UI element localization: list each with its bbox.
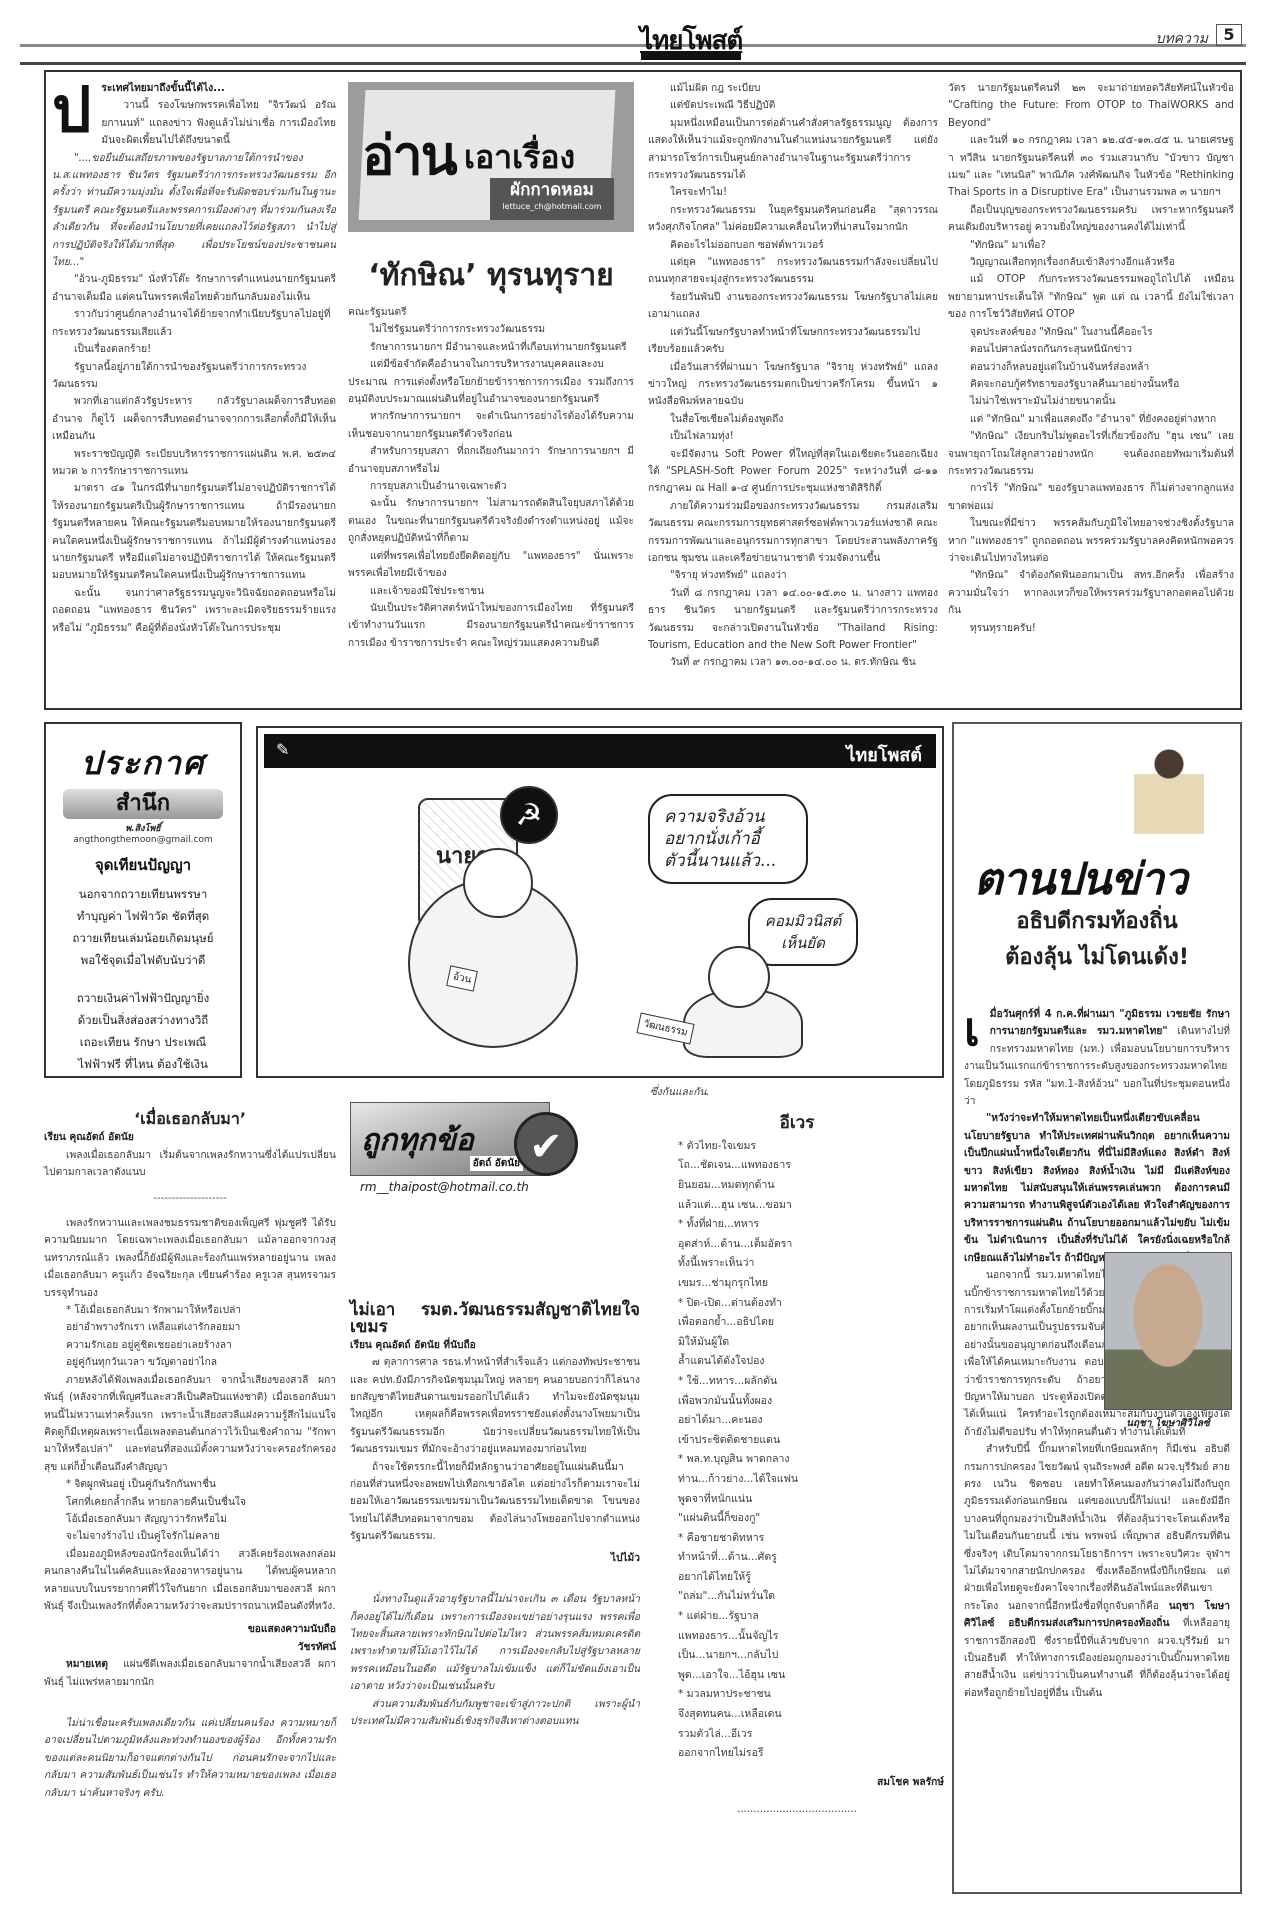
letter1-signature: วัชรทัศน์ [44,1639,336,1656]
banner-author: ผักกาดหอม [490,178,614,202]
poem-line: * ทั้งที่ฝ่าย...ทหาร [678,1215,944,1235]
poem-line: "ถล่ม"...กันไม่หวั่นใด [678,1587,944,1607]
cartoon-header-bar: ✎ ไทยโพสต์ [264,734,936,768]
editorial-cartoon: ✎ ไทยโพสต์ นายก ☭ อ้วน ความจริงอ้วน อยาก… [256,726,944,1078]
poem-line: เขมร...ช่ามุกรุกไทย [678,1274,944,1294]
paragraph: จุดประสงค์ของ "ทักษิณ" ในงานนี้คืออะไร [948,324,1234,341]
poem-line: พอใช้จุดเมื่อไฟดับนับว่าดี [46,949,240,971]
poem2-title: อีเวร [650,1115,944,1132]
poem-line: * คือชายชาติทหาร [678,1529,944,1549]
poem-line: รวมตัวไล่...อีเวร [678,1725,944,1745]
paragraph: "จิรายุ ห่วงทรัพย์" แถลงว่า [648,567,938,584]
poem-line: แล้วแต่...ฮุน เซน...ขอมา [678,1196,944,1216]
paragraph: ถือเป็นบุญของกระทรวงวัฒนธรรมครับ เพราะหา… [948,202,1234,237]
paragraph: รักษาการนายกฯ มีอำนาจและหน้าที่เกือบเท่า… [348,339,634,356]
poem-line: อย่าได้มา...คะนอง [678,1411,944,1431]
paragraph: เป็นเรื่องตลกร้าย! [52,341,336,358]
letter1-greeting: เรียน คุณอัตถ์ อัตนัย [44,1129,336,1146]
paragraph: เมื่อวันเสาร์ที่ผ่านมา โฆษกรัฐบาล "จิราย… [648,359,938,411]
paragraph: คิดจะกอบกู้ศรัทธาของรัฐบาลคืนมาอย่างนั้น… [948,376,1234,393]
letter1-title: ‘เมื่อเธอกลับมา’ [44,1110,336,1127]
news-dropcap: เ [964,1008,980,1050]
poem-title: จุดเทียนปัญญา [46,853,240,877]
paragraph: ไม่ใช่รัฐมนตรีว่าการกระทรวงวัฒนธรรม [348,321,634,338]
paragraph: แต่ขัดประเพณี วิธีปฏิบัติ [648,97,938,114]
paragraph: ราวกับว่าศูนย์กลางอำนาจได้ย้ายจากทำเนียบ… [52,306,336,341]
paragraph: คิดอะไรไม่ออกบอก ซอฟต์พาวเวอร์ [648,237,938,254]
poem-line: โถ...ชัดเจน...แพทองธาร [678,1156,944,1176]
paragraph: นับเป็นประวัติศาสตร์หน้าใหม่ของการเมืองไ… [348,600,634,652]
official-portrait-photo [1104,1252,1232,1410]
cartoon-figure-woman [708,946,770,1008]
banner-title-small: เอาเรื่อง [464,132,575,183]
poem2-author: สมโชค พลรักษ์ [650,1774,944,1791]
poem-line: ท่าน...ก้าวย่าง...ได้ใจแฟน [678,1470,944,1490]
paragraph: ทุรนทุรายครับ! [948,620,1234,637]
column-banner: อ่าน เอาเรื่อง ผักกาดหอม lettuce_ch@hotm… [348,82,634,232]
lead-line: ระเทศไทยมาถึงขั้นนี้ได้ไง... [52,80,336,97]
paragraph: และเจ้าของมิใช่ประชาชน [348,583,634,600]
song-verse-line: โอ้เมื่อเธอกลับมา สัญญาว่ารักหรือไม่ [44,1511,336,1528]
poem-line: ถวายเงินค่าไฟฟ้าปัญญายิ่ง [46,987,240,1009]
paragraph: แต่ที่พรรคเพื่อไทยยังยึดติดอยู่กับ "แพทอ… [348,548,634,583]
news-body-2: สำหรับปีนี้ บิ๊กมหาดไทยที่เกษียณหลักๆ ก็… [964,1441,1230,1702]
paragraph: การยุบสภาเป็นอำนาจเฉพาะตัว [348,478,634,495]
paragraph: มาตรา ๔๑ ในกรณีที่นายกรัฐมนตรีไม่อาจปฏิบ… [52,480,336,584]
poem-line: เป็น...นายกฯ...กลับไป [678,1646,944,1666]
paragraph: ตอนว่างก็หลบอยู่แต่ในบ้านจันทร์ส่องหล้า [948,359,1234,376]
poem-line: * ตัวไทย-ใจเขมร [678,1137,944,1157]
poem-line: เพื่อตอกย้ำ...อธิปไตย [678,1313,944,1333]
paragraph: วันที่ ๙ กรกฎาคม เวลา ๑๓.๐๐-๑๔.๐๐ น. ดร.… [648,654,938,671]
letter1-body2: ภายหลังได้ฟังเพลงเมื่อเธอกลับมา จากน้ำเส… [44,1372,336,1476]
poem2-divider: ..................................... [650,1801,944,1818]
poem-line: ถวายเทียนเล่มน้อยเกิดมนุษย์ [46,927,240,949]
poem-line: ทำหน้าที่...ด้าน...ศัตรู [678,1548,944,1568]
paragraph: ไม่น่าใช่เพราะมันไม่ง่ายขนาดนั้น [948,393,1234,410]
mailbox-logo-author: อัตถ์ อัตนัย [470,1156,523,1171]
photo-caption: นฤชา โฆษาศิวิไลซ์ [1104,1416,1232,1431]
paragraph: หากรักษาการนายกฯ จะดำเนินการอย่างไรต้องไ… [348,408,634,443]
mailbox-logo-title: ถูกทุกข้อ [361,1117,474,1164]
letter1-divider: -------------------- [44,1190,336,1207]
main-column-col4: วัตร นายกรัฐมนตรีคนที่ ๒๓ จะมาถ่ายทอดวิส… [948,80,1234,637]
paragraph: เป็นไฟลามทุ่ง! [648,428,938,445]
thought-bubble: คอมมิวนิสต์ เห็นยัด [748,898,858,966]
letter2-greeting: เรียน คุณอัตถ์ อัตนัย ที่นับถือ [350,1337,640,1354]
paragraph: วานนี้ รองโฆษกพรรคเพื่อไทย "จิรวัฒน์ อรั… [52,97,336,149]
song-verse-line: ความรักเอย อยู่คู่ชิดเชยอย่าเลยร้างลา [44,1337,336,1354]
paragraph: วันที่ ๘ กรกฎาคม เวลา ๑๔.๐๐-๑๕.๓๐ น. นาง… [648,585,938,655]
poem-line: * แต่ฝ่าย...รัฐบาล [678,1607,944,1627]
paragraph: ในขณะที่มีข่าว พรรคส้มกับภูมิใจไทยอาจช่ว… [948,515,1234,567]
main-column-col2: คณะรัฐมนตรีไม่ใช่รัฐมนตรีว่าการกระทรวงวั… [348,304,634,652]
letter2-reply2: ส่วนความสัมพันธ์กับกัมพูชาจะเข้าสู่ภาวะป… [350,1696,640,1731]
paragraph: "ทักษิณ" มาเพื่อ? [948,237,1234,254]
poem-line: ด้วยเป็นสิ่งส่องสว่างทางวิถี [46,1009,240,1031]
mailbox-col2: ไม่เอา รมต.วัฒนธรรมสัญชาติไทยใจเขมร เรีย… [350,1222,640,1730]
paragraph: แม้ OTOP กับกระทรวงวัฒนธรรมพอถูไถไปได้ เ… [948,271,1234,323]
letter1-body1: เพลงรักหวานและเพลงชมธรรมชาติของเพ็ญศรี พ… [44,1215,336,1302]
poem-logo-top: ประกาศ [46,738,240,789]
dropcap: ป [52,82,91,138]
paragraph: "ทักษิณ" จำต้องกัดฟันออกมาเป็น สทร.อีกคร… [948,567,1234,619]
poem-line: อุตส่าห์...ต้าน...เต็มอัตรา [678,1235,944,1255]
paragraph: ร้อยวันพันปี งานของกระทรวงวัฒนธรรม โฆษกร… [648,289,938,324]
paragraph: ฉะนั้น จนกว่าศาลรัฐธรรมนูญจะวินิจฉัยถอดถ… [52,585,336,637]
song-verse-line: อย่าอำพรางรักเรา เหลือแต่เงารักลอยมา [44,1319,336,1336]
letter1-body3: เมื่อมองภูมิหลังของนักร้องเห็นได้ว่า สวล… [44,1546,336,1616]
paragraph: รัฐบาลนี้อยู่ภายใต้การนำของรัฐมนตรีว่ากา… [52,359,336,394]
cartoon-brand: ไทยโพสต์ [846,740,922,769]
song-verse-line: * โอ้เมื่อเธอกลับมา รักพามาให้หรือเปล่า [44,1302,336,1319]
poem-line: ออกจากไทยไม่รอรี [678,1744,944,1764]
main-column-col3: แม้ไม่ผิด กฎ ระเบียบแต่ขัดประเพณี วิธีปฏ… [648,80,938,672]
page-number: 5 [1216,24,1242,46]
letter1-reply: ไม่น่าเชื่อนะครับเพลงเดียวกัน แค่เปลี่ยน… [44,1715,336,1802]
letter2-reply-end: ซึ่งกันและกัน. [650,1084,944,1101]
paragraph: "อ้วน-ภูมิธรรม" นั่งหัวโต๊ะ รักษาการตำแห… [52,271,336,306]
poem-line: จึงสุดทนคน...เหลือเดน [678,1705,944,1725]
paragraph: พวกที่เอาแต่กลัวรัฐประหาร กลัวรัฐบาลเผด็… [52,393,336,445]
news-headline: อธิบดีกรมท้องถิ่น ต้องลุ้น ไม่โดนเด้ง! [962,904,1232,976]
poem-line: ล้ำแดนได้ดังใจปอง [678,1352,944,1372]
poem-line: * ปิด-เปิด...ด่านต้องทำ [678,1294,944,1314]
letter1-intro: เพลงเมื่อเธอกลับมา เริ่มต้นจากเพลงรักหวา… [44,1147,336,1182]
paragraph: ใครจะทำไม! [648,184,938,201]
mailbox-email: rm__thaipost@hotmail.co.th [360,1180,529,1194]
poem-line: ทั้งนี้เพราะเห็นว่า [678,1254,944,1274]
checkmark-icon: ✔ [514,1112,578,1176]
paragraph: แต่ "ทักษิณ" มาเพื่อแสดงถึง "อำนาจ" ที่ย… [948,411,1234,428]
paragraph: พระราชบัญญัติ ระเบียบบริหารราชการแผ่นดิน… [52,446,336,481]
paragraph: วัตร นายกรัฐมนตรีคนที่ ๒๓ จะมาถ่ายทอดวิส… [948,80,1234,132]
paragraph: "....ขอยืนยันเสถียรภาพของรัฐบาลภายใต้การ… [52,150,336,272]
letter1-note: หมายเหตุ แผ่นซีดีเพลงเมื่อเธอกลับมาจากน้… [44,1656,336,1691]
cartoon-figure-head [463,848,533,918]
paragraph: มุมหนึ่งเหมือนเป็นการต่อต้านคำสั่งศาลรัฐ… [648,115,938,185]
reader-illustration [1134,734,1204,834]
poem-line: ยินยอม...หมดทุกด้าน [678,1176,944,1196]
masthead-rule [20,44,1246,47]
hammer-sickle-icon: ☭ [500,786,558,844]
poem-line: * มวลมหาประชาชน [678,1685,944,1705]
poem-line: นอกจากถวายเทียนพรรษา [46,883,240,905]
banner-title-big: อ่าน [362,112,456,198]
article-headline: ‘ทักษิณ’ ทุรนทุราย [348,252,634,299]
paragraph: แต่วันนี้โฆษกรัฐบาลทำหน้าที่โฆษกกระทรวงว… [648,324,938,359]
mailbox-col1: ‘เมื่อเธอกลับมา’ เรียน คุณอัตถ์ อัตนัย เ… [44,1110,336,1802]
paragraph: ภายใต้ความร่วมมือของกระทรวงวัฒนธรรม กรมส… [648,498,938,568]
paragraph: ฉะนั้น รักษาการนายกฯ ไม่สามารถตัดสินใจยุ… [348,495,634,547]
main-column-col1: ป ระเทศไทยมาถึงขั้นนี้ได้ไง... วานนี้ รอ… [52,80,336,637]
poem-line: * ใช้...ทหาร...ผลักดัน [678,1372,944,1392]
poem-logo-scroll: สำนึก [63,789,223,819]
paragraph: "ทักษิณ" เงียบกริบไม่พูดอะไรที่เกี่ยวข้อ… [948,428,1234,480]
poem-line: แพทองธาร...นั้นจัญไร [678,1627,944,1647]
banner-author-tag: ผักกาดหอม lettuce_ch@hotmail.com [490,178,614,220]
paragraph: การไร้ "ทักษิณ" ของรัฐบาลแพทองธาร ก็ไม่ต… [948,480,1234,515]
letter2-reply1: นั่งทางในดูแล้วอายุรัฐบาลนี้ไม่น่าจะเกิน… [350,1591,640,1695]
letter2-body1: ๗ ตุลาการศาล รธน.ทำหน้าที่สำเร็จแล้ว แต่… [350,1354,640,1458]
paragraph: ในสื่อโซเชียลไม่ต้องพูดถึง [648,411,938,428]
poem-author: พ.สิงโพธิ์ [46,821,240,835]
letter2-title: ไม่เอา รมต.วัฒนธรรมสัญชาติไทยใจเขมร [350,1302,640,1337]
poem-line: "แผ่นดินนี้ก็ของกู" [678,1509,944,1529]
song-verse-line: * จิตผูกพันอยู่ เป็นคู่กันรักกันพาชื่น [44,1476,336,1493]
letter2-signature: ไปไม้ว [350,1550,640,1567]
poem-line: ไฟฟ้าฟรี ที่ไหน ต้องใช้เงิน [46,1053,240,1075]
banner-email: lettuce_ch@hotmail.com [490,202,614,212]
song-verse-line: อยู่คู่กันทุกวันเวลา ขวัญตาอย่าไกล [44,1354,336,1371]
cartoonist-mascot-icon: ✎ [276,740,289,759]
paragraph: จะมีจัดงาน Soft Power ที่ใหญ่ที่สุดในเอเ… [648,446,938,498]
poem-line: เพื่อพวกมันนั้นทั้งผอง [678,1392,944,1412]
paragraph: แม้ไม่ผิด กฎ ระเบียบ [648,80,938,97]
paragraph: แต่มีข้อจำกัดคืออำนาจในการบริหารงานบุคคล… [348,356,634,408]
poem-line: เข้าประชิดติดชายแดน [678,1431,944,1451]
news-quote: "หวังว่าจะทำให้มหาดไทยเป็นหนึ่งเดียวขับเ… [964,1110,1230,1267]
paragraph: วิญญาณเสือกทุกเรื่องกลับเข้าสิงร่างอีกแล… [948,254,1234,271]
letter2-body2: ถ้าจะใช้ตรรกะนี้ไทยก็มีหลักฐานว่าอาศัยอย… [350,1459,640,1546]
poem-line: * พล.ท.บุญสิน พาดกลาง [678,1450,944,1470]
poem-line: พูด...เอาใจ...ไอ้ฮุน เซน [678,1666,944,1686]
song-verse-line: จะไม่จางร้างไป เป็นคู่ใจรักไม่คลาย [44,1528,336,1545]
poem-line: อยากได้ไทยให้รู้ [678,1568,944,1588]
section-name: บทความ [1156,28,1208,50]
paragraph: แต่ยุค "แพทองธาร" กระทรวงวัฒนธรรมกำลังจะ… [648,254,938,289]
song-verse-line: โศกที่เคยกล้ำกลืน หายกลายคืนเป็นชื่นใจ [44,1494,336,1511]
paragraph: ตอนไปศาลนั่งรถกันกระสุนหนีนักข่าว [948,341,1234,358]
poem-box: ประกาศ สำนึก พ.สิงโพธิ์ angthongthemoon@… [44,722,242,1078]
poem-line: พูดจาที่หนักแน่น [678,1490,944,1510]
news-lead: เดินทางไปที่กระทรวงมหาดไทย (มท.) เพื่อมอ… [964,1026,1230,1107]
mailbox-col3: ซึ่งกันและกัน. อีเวร * ตัวไทย-ใจเขมรโถ..… [650,1084,944,1819]
paragraph: กระทรวงวัฒนธรรม ในยุครัฐมนตรีคนก่อนคือ "… [648,202,938,237]
poem-line: ทำบุญค่า ไฟฟ้าวัด ชัดที่สุด [46,905,240,927]
paragraph: และวันที่ ๑๐ กรกฎาคม เวลา ๑๒.๔๕-๑๓.๔๕ น.… [948,132,1234,202]
speech-bubble: ความจริงอ้วน อยากนั่งเก้าอี้ ตัวนี้นานแล… [648,794,808,884]
masthead-rule-bottom [20,62,1246,65]
logo-tagline-bar [641,52,741,60]
poem-line: มิให้มันผู้ใด [678,1333,944,1353]
letter1-signoff: ขอแสดงความนับถือ [44,1621,336,1638]
paragraph: สำหรับการยุบสภา ที่ถกเถียงกันมากว่า รักษ… [348,443,634,478]
poem-email: angthongthemoon@gmail.com [46,835,240,845]
paragraph: คณะรัฐมนตรี [348,304,634,321]
poem-line: เถอะเทียน รักษา ประเพณี [46,1031,240,1053]
